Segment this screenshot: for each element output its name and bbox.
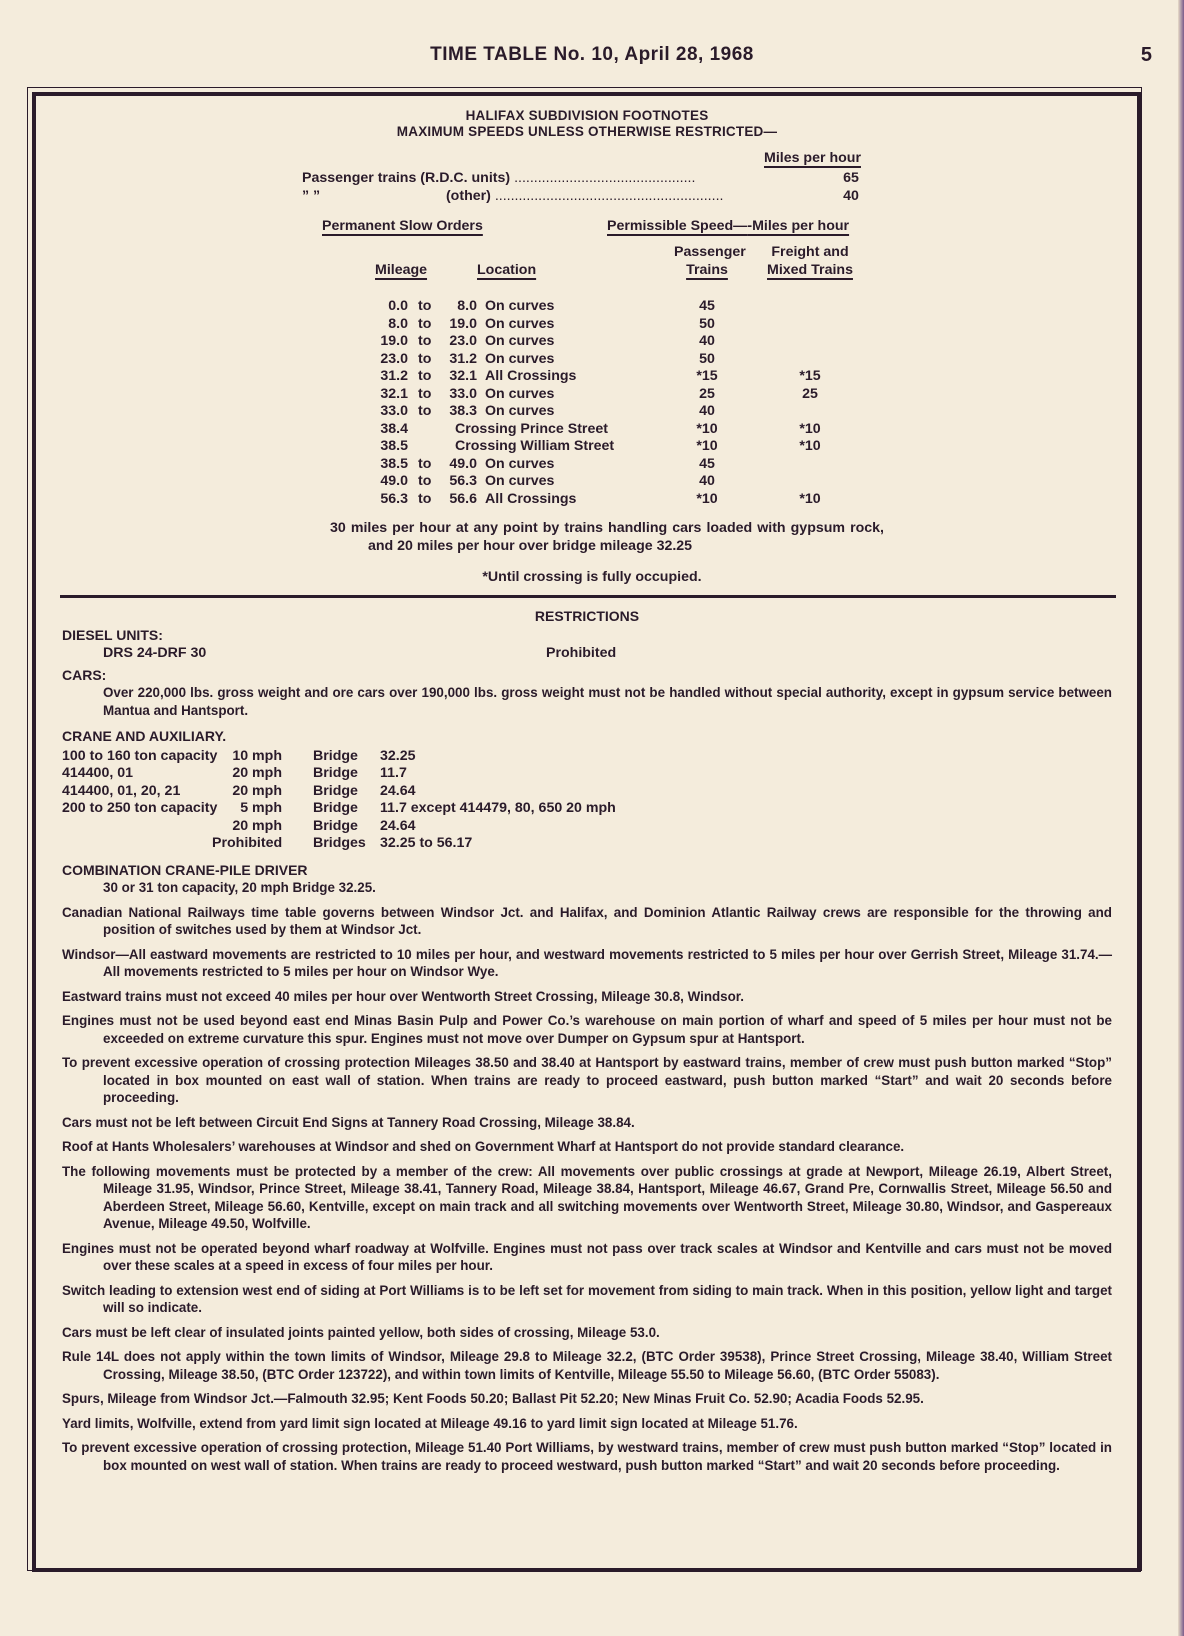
mileage-to: 33.0 bbox=[437, 386, 477, 404]
location: On curves bbox=[485, 386, 554, 404]
to-word: to bbox=[418, 316, 431, 334]
bridge-label: Bridge bbox=[313, 783, 358, 801]
asterisk-note: *Until crossing is fully occupied. bbox=[72, 569, 1112, 587]
restrictions-title: RESTRICTIONS bbox=[62, 608, 1112, 626]
mileage-from: 0.0 bbox=[362, 298, 408, 316]
restriction-paragraph: Roof at Hants Wholesalers’ warehouses at… bbox=[62, 1138, 1112, 1156]
footnotes-subtitle: MAXIMUM SPEEDS UNLESS OTHERWISE RESTRICT… bbox=[62, 124, 1112, 140]
crane-speed: 20 mph bbox=[212, 765, 282, 783]
pile-driver-heading: COMBINATION CRANE-PILE DRIVER bbox=[62, 862, 1112, 880]
restriction-paragraph: Switch leading to extension west end of … bbox=[62, 1282, 1112, 1317]
diesel-row: DRS 24-DRF 30 Prohibited bbox=[62, 645, 1112, 665]
gypsum-note: 30 miles per hour at any point by trains… bbox=[330, 520, 884, 555]
crane-equipment: 200 to 250 ton capacity bbox=[62, 800, 217, 818]
mileage-to: 38.3 bbox=[437, 403, 477, 421]
max-speed-value: 40 bbox=[816, 188, 886, 206]
freight-speed: *10 bbox=[767, 438, 853, 456]
passenger-speed: 40 bbox=[674, 403, 740, 421]
crane-speed: 20 mph bbox=[212, 783, 282, 801]
passenger-speed: 50 bbox=[674, 316, 740, 334]
restriction-paragraph: Yard limits, Wolfville, extend from yard… bbox=[62, 1415, 1112, 1433]
to-word: to bbox=[418, 333, 431, 351]
crane-heading: CRANE AND AUXILIARY. bbox=[62, 728, 1112, 746]
bridge-mileage: 32.25 to 56.17 bbox=[380, 835, 472, 853]
col-location: Location bbox=[477, 262, 536, 280]
slow-orders-header: Permanent Slow Orders Permissible Speed—… bbox=[62, 218, 1112, 298]
location: On curves bbox=[485, 403, 554, 421]
restriction-paragraph: Cars must not be left between Circuit En… bbox=[62, 1114, 1112, 1132]
max-speeds-table: Miles per hour Passenger trains (R.D.C. … bbox=[62, 150, 1112, 210]
passenger-speed: 45 bbox=[674, 456, 740, 474]
col-passenger-1: Passenger bbox=[674, 244, 740, 262]
location: On curves bbox=[485, 351, 554, 369]
crane-speed: Prohibited bbox=[212, 835, 282, 853]
crane-equipment: 100 to 160 ton capacity bbox=[62, 748, 217, 766]
running-head: TIME TABLE No. 10, April 28, 1968 bbox=[0, 44, 1184, 66]
to-word: to bbox=[418, 473, 431, 491]
passenger-speed: *10 bbox=[674, 421, 740, 439]
passenger-speed: 40 bbox=[674, 473, 740, 491]
bridge-mileage: 24.64 bbox=[380, 783, 416, 801]
mileage-to: 8.0 bbox=[437, 298, 477, 316]
mileage-from: 33.0 bbox=[362, 403, 408, 421]
mileage-to: 23.0 bbox=[437, 333, 477, 351]
leader-dots: ........................................… bbox=[495, 188, 724, 204]
slow-order-row: 38.4Crossing Prince Street*10*10 bbox=[62, 421, 1112, 439]
mileage-from: 56.3 bbox=[362, 491, 408, 509]
restriction-paragraph: The following movements must be protecte… bbox=[62, 1163, 1112, 1233]
diesel-unit: DRS 24-DRF 30 bbox=[103, 645, 206, 663]
location: All Crossings bbox=[485, 491, 576, 509]
col-passenger-2: Trains bbox=[674, 262, 740, 280]
crane-row: 100 to 160 ton capacity10 mphBridge32.25 bbox=[62, 748, 1112, 766]
slow-order-row: 8.0to19.0On curves50 bbox=[62, 316, 1112, 334]
location: On curves bbox=[485, 473, 554, 491]
bridge-mileage: 11.7 bbox=[380, 765, 407, 783]
restriction-paragraph: To prevent excessive operation of crossi… bbox=[62, 1054, 1112, 1107]
mileage-from: 38.4 bbox=[362, 421, 408, 439]
location: On curves bbox=[485, 456, 554, 474]
restriction-paragraph: To prevent excessive operation of crossi… bbox=[62, 1439, 1112, 1474]
location: On curves bbox=[485, 333, 554, 351]
bridge-mileage: 32.25 bbox=[380, 748, 416, 766]
max-speed-row: ” ” (other) ............................… bbox=[302, 188, 882, 206]
slow-orders-heading: Permanent Slow Orders bbox=[322, 218, 483, 236]
mileage-from: 32.1 bbox=[362, 386, 408, 404]
crane-equipment: 414400, 01, 20, 21 bbox=[62, 783, 180, 801]
page-number: 5 bbox=[1141, 44, 1152, 67]
mileage-from: 19.0 bbox=[362, 333, 408, 351]
to-word: to bbox=[418, 403, 431, 421]
location: All Crossings bbox=[485, 368, 576, 386]
slow-order-row: 49.0to56.3On curves40 bbox=[62, 473, 1112, 491]
crane-row: 414400, 0120 mphBridge11.7 bbox=[62, 765, 1112, 783]
col-mileage: Mileage bbox=[375, 262, 427, 280]
location: On curves bbox=[485, 316, 554, 334]
to-word: to bbox=[418, 298, 431, 316]
crane-row: 20 mphBridge24.64 bbox=[62, 818, 1112, 836]
mileage-from: 38.5 bbox=[362, 456, 408, 474]
cars-text: Over 220,000 lbs. gross weight and ore c… bbox=[62, 684, 1112, 719]
freight-speed: *15 bbox=[767, 368, 853, 386]
restriction-paragraph: Engines must not be operated beyond whar… bbox=[62, 1240, 1112, 1275]
slow-order-row: 23.0to31.2On curves50 bbox=[62, 351, 1112, 369]
passenger-speed: *10 bbox=[674, 491, 740, 509]
slow-order-row: 31.2to32.1All Crossings*15*15 bbox=[62, 368, 1112, 386]
diesel-heading: DIESEL UNITS: bbox=[62, 627, 1112, 645]
bridge-mileage: 24.64 bbox=[380, 818, 416, 836]
freight-speed: *10 bbox=[767, 421, 853, 439]
mileage-to: 56.3 bbox=[437, 473, 477, 491]
pile-driver-text: 30 or 31 ton capacity, 20 mph Bridge 32.… bbox=[62, 879, 1112, 897]
crane-equipment: 414400, 01 bbox=[62, 765, 133, 783]
passenger-speed: 50 bbox=[674, 351, 740, 369]
permissible-speed-heading: Permissible Speed—-Miles per hour bbox=[607, 218, 849, 236]
bridge-label: Bridge bbox=[313, 765, 358, 783]
restriction-paragraphs: Canadian National Railways time table go… bbox=[62, 904, 1112, 1475]
diesel-status: Prohibited bbox=[546, 645, 616, 663]
crane-speed: 5 mph bbox=[212, 800, 282, 818]
restriction-paragraph: Spurs, Mileage from Windsor Jct.—Falmout… bbox=[62, 1390, 1112, 1408]
slow-order-row: 33.0to38.3On curves40 bbox=[62, 403, 1112, 421]
to-word: to bbox=[418, 491, 431, 509]
crane-row: 200 to 250 ton capacity5 mphBridge11.7 e… bbox=[62, 800, 1112, 818]
restriction-paragraph: Canadian National Railways time table go… bbox=[62, 904, 1112, 939]
freight-speed: 25 bbox=[767, 386, 853, 404]
bridge-label: Bridges bbox=[313, 835, 366, 853]
slow-order-row: 19.0to23.0On curves40 bbox=[62, 333, 1112, 351]
restriction-paragraph: Cars must be left clear of insulated joi… bbox=[62, 1324, 1112, 1342]
page-edge bbox=[1178, 0, 1184, 1636]
max-speed-label: Passenger trains (R.D.C. units) bbox=[302, 170, 510, 188]
passenger-speed: 25 bbox=[674, 386, 740, 404]
location: Crossing William Street bbox=[455, 438, 614, 456]
to-word: to bbox=[418, 368, 431, 386]
crane-row: ProhibitedBridges32.25 to 56.17 bbox=[62, 835, 1112, 853]
location: Crossing Prince Street bbox=[455, 421, 608, 439]
passenger-speed: 45 bbox=[674, 298, 740, 316]
mileage-from: 23.0 bbox=[362, 351, 408, 369]
col-freight-1: Freight and bbox=[762, 244, 858, 262]
mph-label: -Miles per hour bbox=[747, 218, 849, 234]
leader-dots: ........................................… bbox=[514, 170, 695, 186]
location: On curves bbox=[485, 298, 554, 316]
mileage-from: 38.5 bbox=[362, 438, 408, 456]
passenger-speed: *15 bbox=[674, 368, 740, 386]
slow-order-row: 38.5to49.0On curves45 bbox=[62, 456, 1112, 474]
mph-header: Miles per hour bbox=[764, 150, 861, 168]
max-speed-label: (other) bbox=[446, 188, 491, 206]
crane-table: 100 to 160 ton capacity10 mphBridge32.25… bbox=[62, 748, 1112, 853]
slow-order-row: 56.3to56.6All Crossings*10*10 bbox=[62, 491, 1112, 509]
col-freight-2: Mixed Trains bbox=[762, 262, 858, 280]
restriction-paragraph: Rule 14L does not apply within the town … bbox=[62, 1348, 1112, 1383]
bridge-label: Bridge bbox=[313, 800, 358, 818]
mileage-from: 8.0 bbox=[362, 316, 408, 334]
passenger-speed: 40 bbox=[674, 333, 740, 351]
passenger-speed: *10 bbox=[674, 438, 740, 456]
restriction-paragraph: Eastward trains must not exceed 40 miles… bbox=[62, 988, 1112, 1006]
to-word: to bbox=[418, 456, 431, 474]
slow-order-row: 38.5Crossing William Street*10*10 bbox=[62, 438, 1112, 456]
max-speed-row: Passenger trains (R.D.C. units) ........… bbox=[302, 170, 882, 188]
mileage-from: 49.0 bbox=[362, 473, 408, 491]
permissible-speed-label: Permissible Speed— bbox=[607, 218, 747, 234]
slow-order-row: 0.0to8.0On curves45 bbox=[62, 298, 1112, 316]
freight-speed: *10 bbox=[767, 491, 853, 509]
ditto-marks: ” ” bbox=[302, 188, 442, 206]
page-content: HALIFAX SUBDIVISION FOOTNOTES MAXIMUM SP… bbox=[62, 100, 1112, 1474]
mileage-to: 56.6 bbox=[437, 491, 477, 509]
to-word: to bbox=[418, 351, 431, 369]
crane-row: 414400, 01, 20, 2120 mphBridge24.64 bbox=[62, 783, 1112, 801]
mileage-to: 32.1 bbox=[437, 368, 477, 386]
max-speed-value: 65 bbox=[816, 170, 886, 188]
crane-speed: 10 mph bbox=[212, 748, 282, 766]
footnotes-title: HALIFAX SUBDIVISION FOOTNOTES bbox=[62, 108, 1112, 124]
restriction-paragraph: Engines must not be used beyond east end… bbox=[62, 1012, 1112, 1047]
cars-heading: CARS: bbox=[62, 667, 1112, 685]
slow-order-row: 32.1to33.0On curves2525 bbox=[62, 386, 1112, 404]
to-word: to bbox=[418, 386, 431, 404]
mileage-to: 49.0 bbox=[437, 456, 477, 474]
section-divider bbox=[60, 595, 1116, 598]
restriction-paragraph: Windsor—All eastward movements are restr… bbox=[62, 946, 1112, 981]
bridge-label: Bridge bbox=[313, 748, 358, 766]
mileage-to: 31.2 bbox=[437, 351, 477, 369]
bridge-mileage: 11.7 except 414479, 80, 650 20 mph bbox=[380, 800, 616, 818]
mileage-to: 19.0 bbox=[437, 316, 477, 334]
mileage-from: 31.2 bbox=[362, 368, 408, 386]
slow-orders-table: 0.0to8.0On curves458.0to19.0On curves501… bbox=[62, 298, 1112, 508]
bridge-label: Bridge bbox=[313, 818, 358, 836]
crane-speed: 20 mph bbox=[212, 818, 282, 836]
